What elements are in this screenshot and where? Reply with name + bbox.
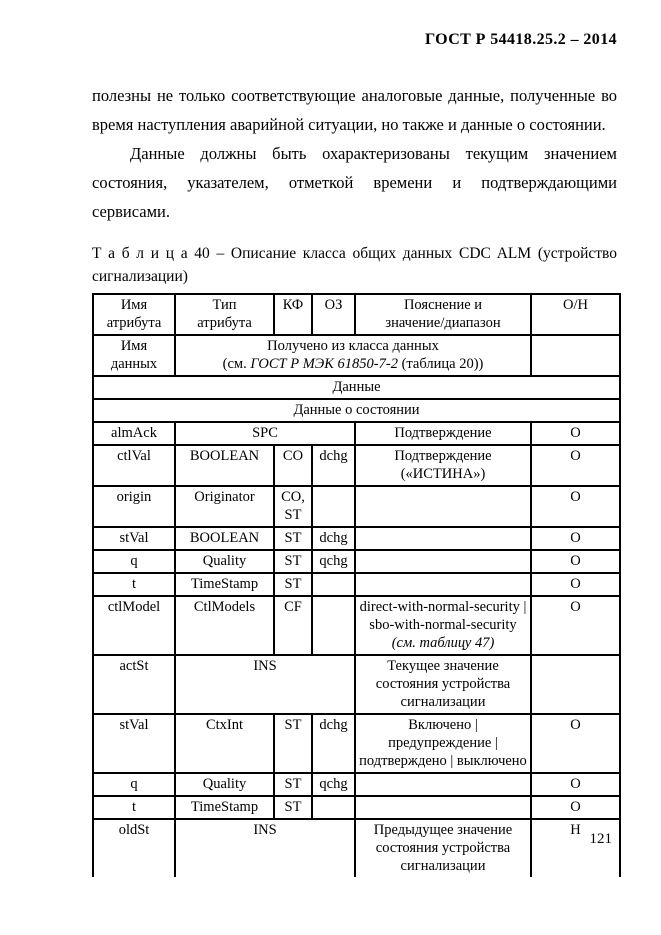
fc-cell: ST bbox=[274, 527, 312, 550]
attr-type-cell: BOOLEAN bbox=[175, 527, 274, 550]
opt-cell: О bbox=[531, 573, 620, 596]
opt-cell: О bbox=[531, 596, 620, 655]
data-name-cell: Имяданных bbox=[93, 335, 175, 376]
col-header-attr-name: Имяатрибута bbox=[93, 294, 175, 335]
attr-name-cell: origin bbox=[93, 486, 175, 527]
desc-cell: Включено | предупреждение | подтверждено… bbox=[355, 714, 531, 773]
desc-cell: Подтверждение («ИСТИНА») bbox=[355, 445, 531, 486]
opt-cell bbox=[531, 655, 620, 714]
fc-cell: CF bbox=[274, 596, 312, 655]
attr-name-cell: oldSt bbox=[93, 819, 175, 877]
opt-cell: О bbox=[531, 773, 620, 796]
opt-cell: О bbox=[531, 796, 620, 819]
table-row-q: q Quality ST qchg О bbox=[93, 550, 620, 573]
desc-cell: Текущее значение состояния устройства си… bbox=[355, 655, 531, 714]
derived-from-cell: Получено из класса данных (см. ГОСТ Р МЭ… bbox=[175, 335, 531, 376]
opt-cell: О bbox=[531, 445, 620, 486]
opt-cell: О bbox=[531, 486, 620, 527]
attr-name-cell: q bbox=[93, 550, 175, 573]
desc-cell bbox=[355, 527, 531, 550]
document-page: ГОСТ Р 54418.25.2 – 2014 полезны не толь… bbox=[0, 0, 661, 935]
opt-cell: О bbox=[531, 527, 620, 550]
desc-cell bbox=[355, 550, 531, 573]
attr-type-cell: CtxInt bbox=[175, 714, 274, 773]
desc-cell bbox=[355, 573, 531, 596]
section-title-cell: Данные о состоянии bbox=[93, 399, 620, 422]
attr-name-cell: stVal bbox=[93, 714, 175, 773]
col-header-fc: КФ bbox=[274, 294, 312, 335]
cdc-alm-table: Имяатрибута Типатрибута КФ ОЗ Пояснение … bbox=[92, 293, 621, 877]
opt-cell: О bbox=[531, 714, 620, 773]
col-header-description: Пояснение изначение/диапазон bbox=[355, 294, 531, 335]
fc-cell: CO, ST bbox=[274, 486, 312, 527]
table-row-stVal: stVal BOOLEAN ST dchg О bbox=[93, 527, 620, 550]
fc-cell: ST bbox=[274, 714, 312, 773]
doc-header: ГОСТ Р 54418.25.2 – 2014 bbox=[93, 31, 617, 49]
attr-name-cell: t bbox=[93, 796, 175, 819]
trg-cell bbox=[312, 596, 355, 655]
table-row-ctlModel: ctlModel CtlModels CF direct-with-normal… bbox=[93, 596, 620, 655]
trg-cell bbox=[312, 573, 355, 596]
attr-type-cell: Originator bbox=[175, 486, 274, 527]
attr-type-cell: TimeStamp bbox=[175, 796, 274, 819]
attr-name-cell: ctlVal bbox=[93, 445, 175, 486]
section-row-status-data: Данные о состоянии bbox=[93, 399, 620, 422]
table-row-almAck: almAck SPC Подтверждение О bbox=[93, 422, 620, 445]
fc-cell: CO bbox=[274, 445, 312, 486]
table-row-oldSt: oldSt INS Предыдущее значение состояния … bbox=[93, 819, 620, 877]
opt-cell: О bbox=[531, 550, 620, 573]
fc-cell: ST bbox=[274, 773, 312, 796]
trg-cell: qchg bbox=[312, 550, 355, 573]
table-row-q2: q Quality ST qchg О bbox=[93, 773, 620, 796]
standard-reference: ГОСТ Р МЭК 61850-7-2 bbox=[250, 356, 398, 372]
attr-type-cell: INS bbox=[175, 819, 355, 877]
col-header-attr-type: Типатрибута bbox=[175, 294, 274, 335]
desc-cell: Подтверждение bbox=[355, 422, 531, 445]
attr-type-cell: INS bbox=[175, 655, 355, 714]
derived-from-row: Имяданных Получено из класса данных (см.… bbox=[93, 335, 620, 376]
section-title-cell: Данные bbox=[93, 376, 620, 399]
desc-cell: direct-with-normal-security | sbo-with-n… bbox=[355, 596, 531, 655]
paragraph-1: полезны не только соответствующие аналог… bbox=[92, 81, 617, 139]
trg-cell: dchg bbox=[312, 527, 355, 550]
fc-cell: ST bbox=[274, 796, 312, 819]
fc-cell: ST bbox=[274, 550, 312, 573]
col-header-opt: О/Н bbox=[531, 294, 620, 335]
table-row-t2: t TimeStamp ST О bbox=[93, 796, 620, 819]
attr-type-cell: CtlModels bbox=[175, 596, 274, 655]
attr-name-cell: stVal bbox=[93, 527, 175, 550]
trg-cell: dchg bbox=[312, 714, 355, 773]
table-row-stVal-ctxint: stVal CtxInt ST dchg Включено | предупре… bbox=[93, 714, 620, 773]
attr-type-cell: SPC bbox=[175, 422, 355, 445]
attr-name-cell: ctlModel bbox=[93, 596, 175, 655]
fc-cell: ST bbox=[274, 573, 312, 596]
trg-cell: qchg bbox=[312, 773, 355, 796]
trg-cell: dchg bbox=[312, 445, 355, 486]
table-row-origin: origin Originator CO, ST О bbox=[93, 486, 620, 527]
desc-cell bbox=[355, 486, 531, 527]
attr-type-cell: Quality bbox=[175, 773, 274, 796]
attr-name-cell: t bbox=[93, 573, 175, 596]
attr-type-cell: TimeStamp bbox=[175, 573, 274, 596]
attr-name-cell: actSt bbox=[93, 655, 175, 714]
opt-cell: О bbox=[531, 422, 620, 445]
desc-cell: Предыдущее значение состояния устройства… bbox=[355, 819, 531, 877]
paragraph-2: Данные должны быть охарактеризованы теку… bbox=[92, 139, 617, 226]
page-content: полезны не только соответствующие аналог… bbox=[92, 81, 617, 877]
desc-cell bbox=[355, 796, 531, 819]
desc-cell bbox=[355, 773, 531, 796]
table-header-row: Имяатрибута Типатрибута КФ ОЗ Пояснение … bbox=[93, 294, 620, 335]
opt-cell bbox=[531, 335, 620, 376]
table-row-ctlVal: ctlVal BOOLEAN CO dchg Подтверждение («И… bbox=[93, 445, 620, 486]
trg-cell bbox=[312, 486, 355, 527]
table-row-t: t TimeStamp ST О bbox=[93, 573, 620, 596]
table-caption: Т а б л и ц а 40 – Описание класса общих… bbox=[92, 242, 617, 288]
opt-cell: Н bbox=[531, 819, 620, 877]
col-header-trg: ОЗ bbox=[312, 294, 355, 335]
attr-name-cell: almAck bbox=[93, 422, 175, 445]
table-row-actSt: actSt INS Текущее значение состояния уст… bbox=[93, 655, 620, 714]
attr-type-cell: Quality bbox=[175, 550, 274, 573]
attr-name-cell: q bbox=[93, 773, 175, 796]
attr-type-cell: BOOLEAN bbox=[175, 445, 274, 486]
page-number: 121 bbox=[93, 831, 612, 848]
section-row-data: Данные bbox=[93, 376, 620, 399]
trg-cell bbox=[312, 796, 355, 819]
table-reference: (см. таблицу 47) bbox=[392, 635, 495, 651]
